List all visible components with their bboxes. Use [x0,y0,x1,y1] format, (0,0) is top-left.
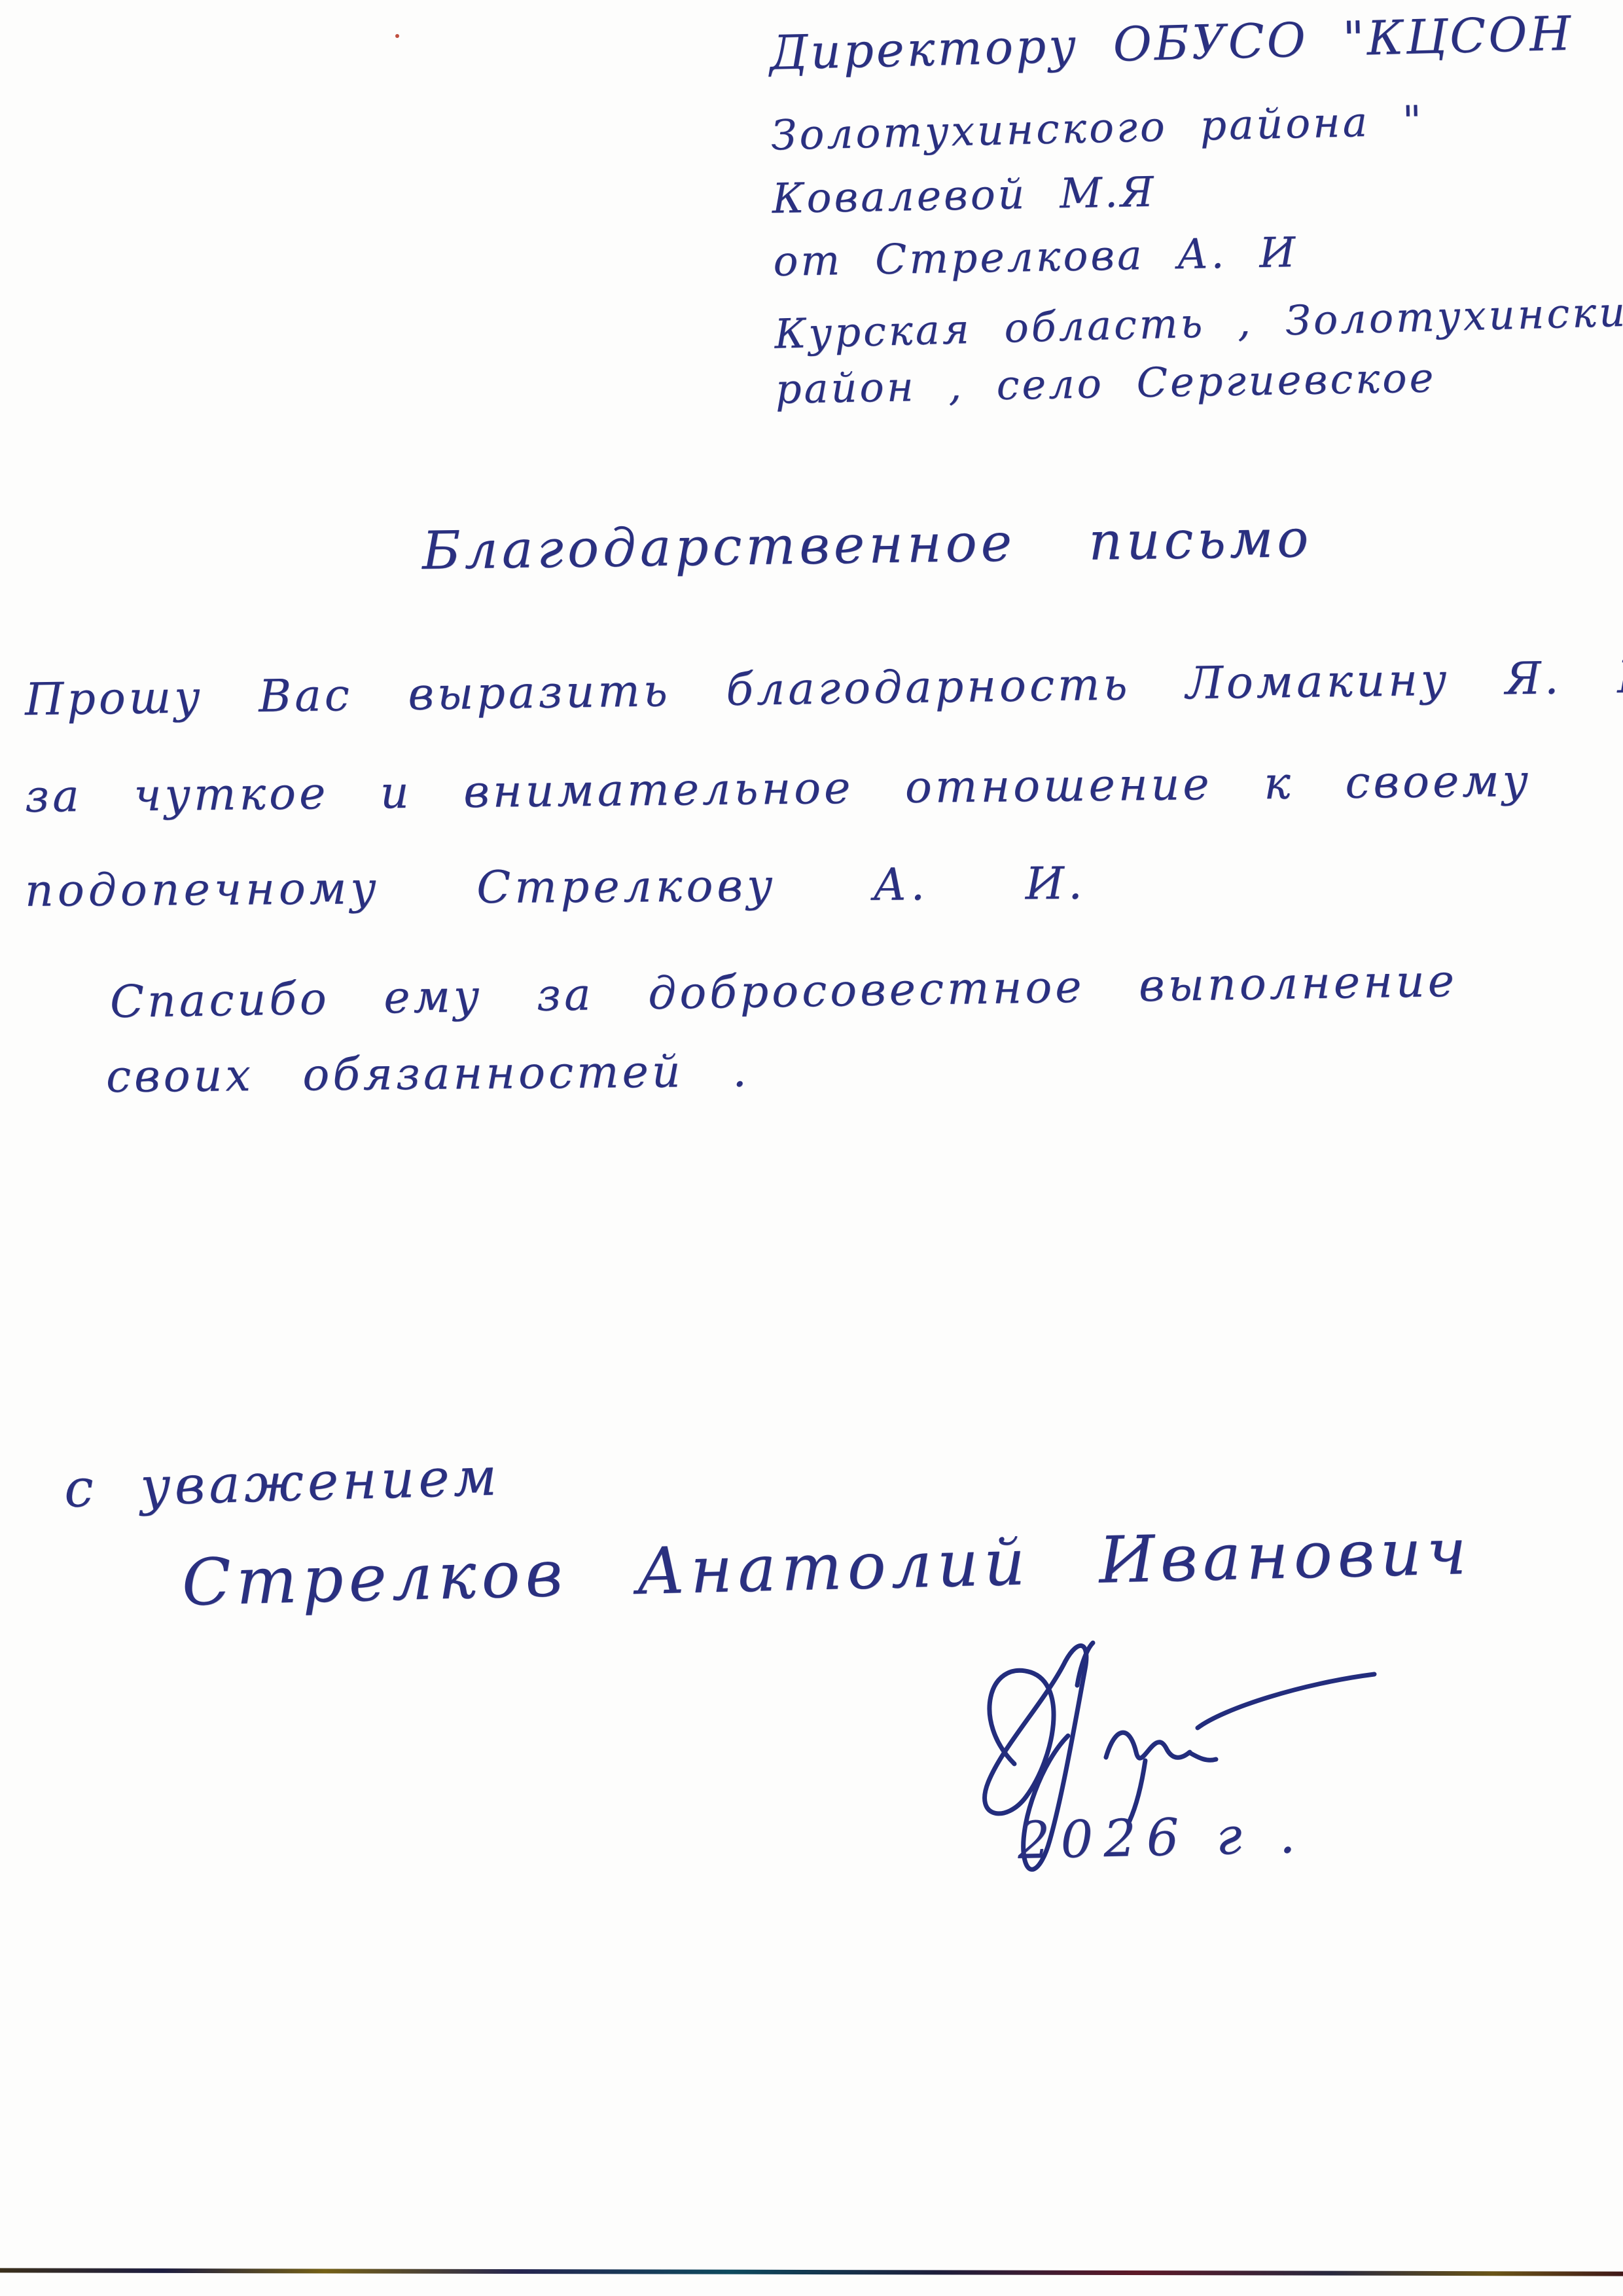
recipient-line: Золотухинского района " [770,90,1623,162]
recipient-line: Ковалевой М.Я [772,157,1623,225]
body-line: Спасибо ему за добросовестное выполнение [109,956,1457,1028]
body-line: подопечному Стрелкову А. И. [25,858,1086,917]
scanned-letter-page: Директору ОБУСО "КЦСОН Золотухинского ра… [0,0,1623,2296]
letter-title: Благодарственное письмо [421,508,1313,581]
body-line: Прошу Вас выразить благодарность Ломакин… [24,651,1623,726]
scanner-edge-artifact [0,2268,1623,2276]
body-line: за чуткое и внимательное отношение к сво… [25,755,1532,823]
closing-salutation: с уважением [63,1446,501,1519]
recipient-line: Директору ОБУСО "КЦСОН [769,1,1623,83]
sender-address-line: Курская область , Золотухинский [774,286,1623,360]
sender-address-line: район , село Сергиевское [775,348,1623,415]
scan-speck-artifact [395,34,399,38]
signer-name: Стрелков Анатолий Иванович [181,1515,1472,1621]
letter-date: 2026 г . [1017,1806,1306,1871]
recipient-address-block: Директору ОБУСО "КЦСОН Золотухинского ра… [769,4,1623,414]
sender-line: от Стрелкова А. И [773,220,1623,288]
body-line: своих обязанностей . [106,1045,750,1103]
